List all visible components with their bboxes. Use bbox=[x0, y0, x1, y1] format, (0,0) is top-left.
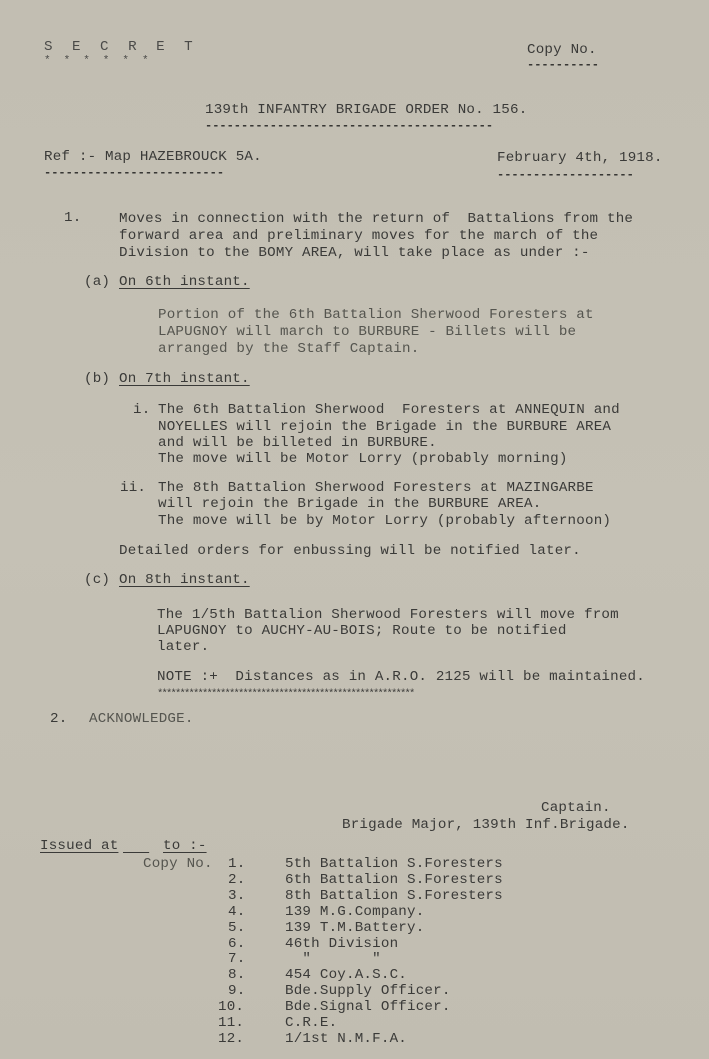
distribution-recipient: Bde.Supply Officer. bbox=[285, 984, 451, 999]
section-a-line: LAPUGNOY will march to BURBURE - Billets… bbox=[158, 325, 576, 340]
distribution-recipient: C.R.E. bbox=[285, 1016, 337, 1031]
section-b-item2-line: will rejoin the Brigade in the BURBURE A… bbox=[158, 497, 541, 512]
para1-line: Moves in connection with the return of B… bbox=[119, 212, 633, 227]
distribution-copy-number: 9. bbox=[228, 984, 245, 999]
distribution-copy-number: 8. bbox=[228, 968, 245, 983]
distribution-recipient: 139 T.M.Battery. bbox=[285, 921, 424, 936]
para1-number: 1. bbox=[64, 211, 81, 226]
section-b-item1-line: The 6th Battalion Sherwood Foresters at … bbox=[158, 403, 620, 418]
section-b-heading: On 7th instant. bbox=[119, 372, 250, 387]
distribution-recipient: 6th Battalion S.Foresters bbox=[285, 873, 503, 888]
order-title-underline: ---------------------------------------- bbox=[205, 121, 493, 131]
classification-label: S E C R E T bbox=[44, 40, 198, 55]
section-b-item2-line: The 8th Battalion Sherwood Foresters at … bbox=[158, 481, 594, 496]
section-a-line: arranged by the Staff Captain. bbox=[158, 342, 419, 357]
issued-gap bbox=[123, 839, 149, 854]
section-a-heading: On 6th instant. bbox=[119, 275, 250, 290]
document-page: S E C R E T * * * * * * Copy No. -------… bbox=[0, 0, 709, 1059]
signature-title: Brigade Major, 139th Inf.Brigade. bbox=[342, 818, 630, 833]
para1-line: forward area and preliminary moves for t… bbox=[119, 229, 598, 244]
distribution-recipient: 8th Battalion S.Foresters bbox=[285, 889, 503, 904]
section-b-footer: Detailed orders for enbussing will be no… bbox=[119, 544, 581, 559]
section-b-item2-line: The move will be by Motor Lorry (probabl… bbox=[158, 514, 611, 529]
star-rule-divider: ****************************************… bbox=[157, 688, 414, 700]
signature-rank: Captain. bbox=[541, 801, 611, 816]
section-c-line: The 1/5th Battalion Sherwood Foresters w… bbox=[157, 608, 619, 623]
distribution-recipient: 46th Division bbox=[285, 937, 398, 952]
distribution-copy-number: 3. bbox=[228, 889, 245, 904]
distribution-copy-number: 1. bbox=[228, 857, 245, 872]
section-c-heading: On 8th instant. bbox=[119, 573, 250, 588]
classification-stars: * * * * * * bbox=[44, 54, 152, 69]
distribution-recipient: 454 Coy.A.S.C. bbox=[285, 968, 407, 983]
section-c-line: later. bbox=[157, 640, 209, 655]
distribution-copy-number: 6. bbox=[228, 937, 245, 952]
section-b-item1-line: NOYELLES will rejoin the Brigade in the … bbox=[158, 420, 611, 435]
para2-number: 2. bbox=[50, 712, 67, 727]
para1-line: Division to the BOMY AREA, will take pla… bbox=[119, 246, 590, 261]
section-a-line: Portion of the 6th Battalion Sherwood Fo… bbox=[158, 308, 594, 323]
distribution-copy-number: 5. bbox=[228, 921, 245, 936]
distribution-copy-number: 4. bbox=[228, 905, 245, 920]
order-title: 139th INFANTRY BRIGADE ORDER No. 156. bbox=[205, 103, 527, 118]
distribution-copy-number: 12. bbox=[218, 1032, 244, 1047]
map-reference: Ref :- Map HAZEBROUCK 5A. bbox=[44, 150, 262, 165]
order-date: February 4th, 1918. bbox=[497, 151, 663, 166]
distribution-copy-number: 10. bbox=[218, 1000, 244, 1015]
copy-no-list-label: Copy No. bbox=[143, 857, 213, 872]
section-c-note: NOTE :+ Distances as in A.R.O. 2125 will… bbox=[157, 670, 645, 685]
acknowledge-text: ACKNOWLEDGE. bbox=[89, 712, 194, 727]
distribution-copy-number: 11. bbox=[218, 1016, 244, 1031]
order-date-underline: ------------------- bbox=[497, 170, 634, 180]
section-a-label: (a) bbox=[84, 275, 110, 290]
map-reference-underline: ------------------------- bbox=[44, 168, 224, 178]
section-b-item1-number: i. bbox=[133, 403, 150, 418]
section-c-label: (c) bbox=[84, 573, 110, 588]
distribution-recipient: Bde.Signal Officer. bbox=[285, 1000, 451, 1015]
section-b-item1-line: and will be billeted in BURBURE. bbox=[158, 436, 437, 451]
section-b-item2-number: ii. bbox=[120, 481, 146, 496]
section-b-label: (b) bbox=[84, 372, 110, 387]
distribution-recipient: " " bbox=[285, 952, 381, 967]
distribution-copy-number: 7. bbox=[228, 952, 245, 967]
section-c-line: LAPUGNOY to AUCHY-AU-BOIS; Route to be n… bbox=[157, 624, 567, 639]
issued-to-label: to :- bbox=[163, 839, 207, 854]
issued-at-label: Issued at bbox=[40, 839, 118, 854]
section-b-item1-line: The move will be Motor Lorry (probably m… bbox=[158, 452, 568, 467]
distribution-recipient: 139 M.G.Company. bbox=[285, 905, 424, 920]
distribution-copy-number: 2. bbox=[228, 873, 245, 888]
copy-no-label: Copy No. bbox=[527, 43, 597, 58]
copy-no-underline: ---------- bbox=[527, 60, 599, 70]
distribution-recipient: 1/1st N.M.F.A. bbox=[285, 1032, 407, 1047]
distribution-recipient: 5th Battalion S.Foresters bbox=[285, 857, 503, 872]
